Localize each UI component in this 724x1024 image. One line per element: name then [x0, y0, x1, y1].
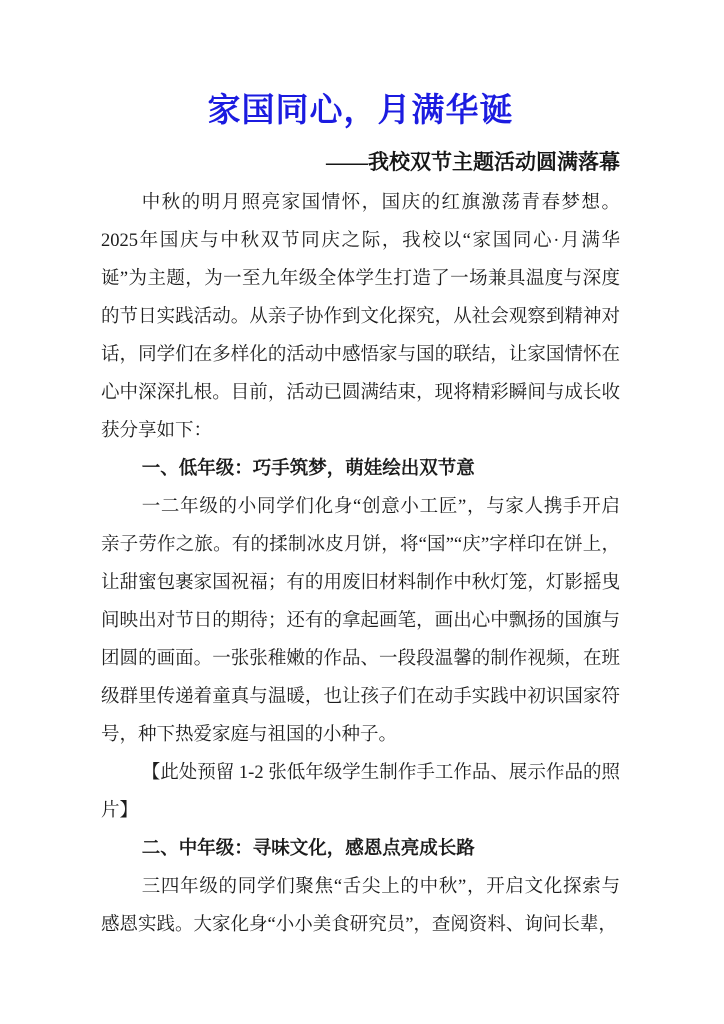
paragraph-photo-placeholder: 【此处预留 1-2 张低年级学生制作手工作品、展示作品的照片】 [101, 754, 620, 830]
document-body: 中秋的明月照亮家国情怀，国庆的红旗激荡青春梦想。2025年国庆与中秋双节同庆之际… [101, 184, 620, 944]
section-heading-low-grades: 一、低年级：巧手筑梦，萌娃绘出双节意 [101, 450, 620, 488]
paragraph-middle-grades: 三四年级的同学们聚焦“舌尖上的中秋”，开启文化探索与感恩实践。大家化身“小小美食… [101, 868, 620, 944]
paragraph-intro: 中秋的明月照亮家国情怀，国庆的红旗激荡青春梦想。2025年国庆与中秋双节同庆之际… [101, 184, 620, 450]
paragraph-low-grades: 一二年级的小同学们化身“创意小工匠”，与家人携手开启亲子劳作之旅。有的揉制冰皮月… [101, 488, 620, 754]
document-subtitle: ——我校双节主题活动圆满落幕 [101, 142, 620, 182]
document-page: 家国同心，月满华诞 ——我校双节主题活动圆满落幕 中秋的明月照亮家国情怀，国庆的… [0, 0, 724, 1024]
document-title: 家国同心，月满华诞 [101, 84, 620, 136]
section-heading-middle-grades: 二、中年级：寻味文化，感恩点亮成长路 [101, 830, 620, 868]
